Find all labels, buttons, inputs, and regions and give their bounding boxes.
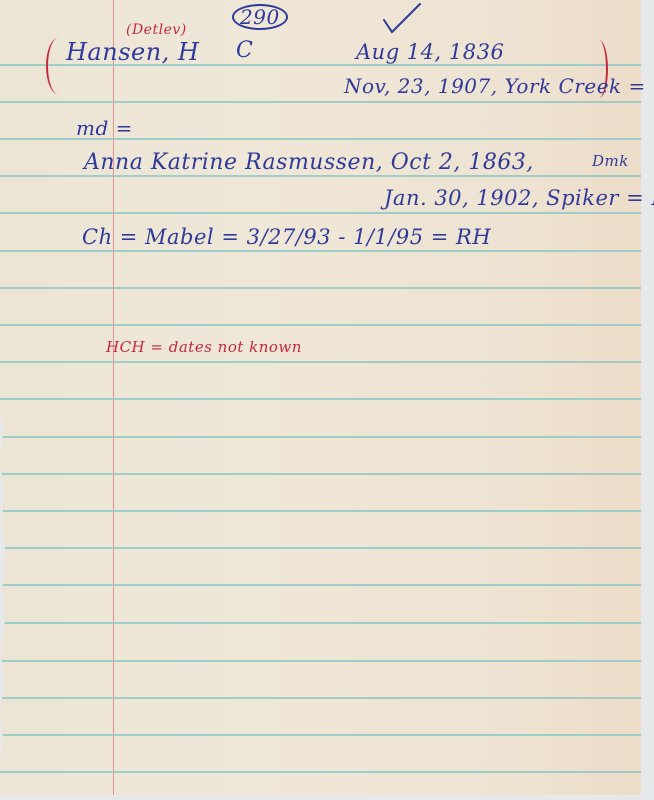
rule-line [0,436,641,438]
spouse-death: Jan. 30, 1902, Spiker = RH [384,186,654,210]
record-number-circled: 290 [232,4,288,30]
rule-line [0,361,641,363]
rule-line [0,660,641,662]
name-annotation-red: (Detlev) [126,22,187,38]
rule-line [0,622,641,624]
spouse-birthplace-note: Dmk [592,152,629,170]
rule-line [0,547,641,549]
rule-line [0,584,641,586]
rule-line [0,175,641,177]
birth-date: Aug 14, 1836 [356,40,504,64]
rule-line [0,697,641,699]
rule-line [0,473,641,475]
person-name: Hansen, H [66,38,199,66]
rule-line [0,734,641,736]
married-label: md = [76,116,133,140]
spouse-name-birth: Anna Katrine Rasmussen, Oct 2, 1863, [84,150,534,175]
death-date-place: Nov, 23, 1907, York Creek = [344,74,646,98]
red-note: HCH = dates not known [106,338,302,356]
rule-line [0,324,641,326]
rule-line [0,101,641,103]
rule-line [0,510,641,512]
rule-line [0,212,641,214]
rule-line [0,287,641,289]
rule-line [0,250,641,252]
person-code: C [236,38,253,63]
children-line: Ch = Mabel = 3/27/93 - 1/1/95 = RH [82,225,491,249]
checkmark-icon [382,2,422,34]
rule-line [0,771,641,773]
rule-line [0,398,641,400]
